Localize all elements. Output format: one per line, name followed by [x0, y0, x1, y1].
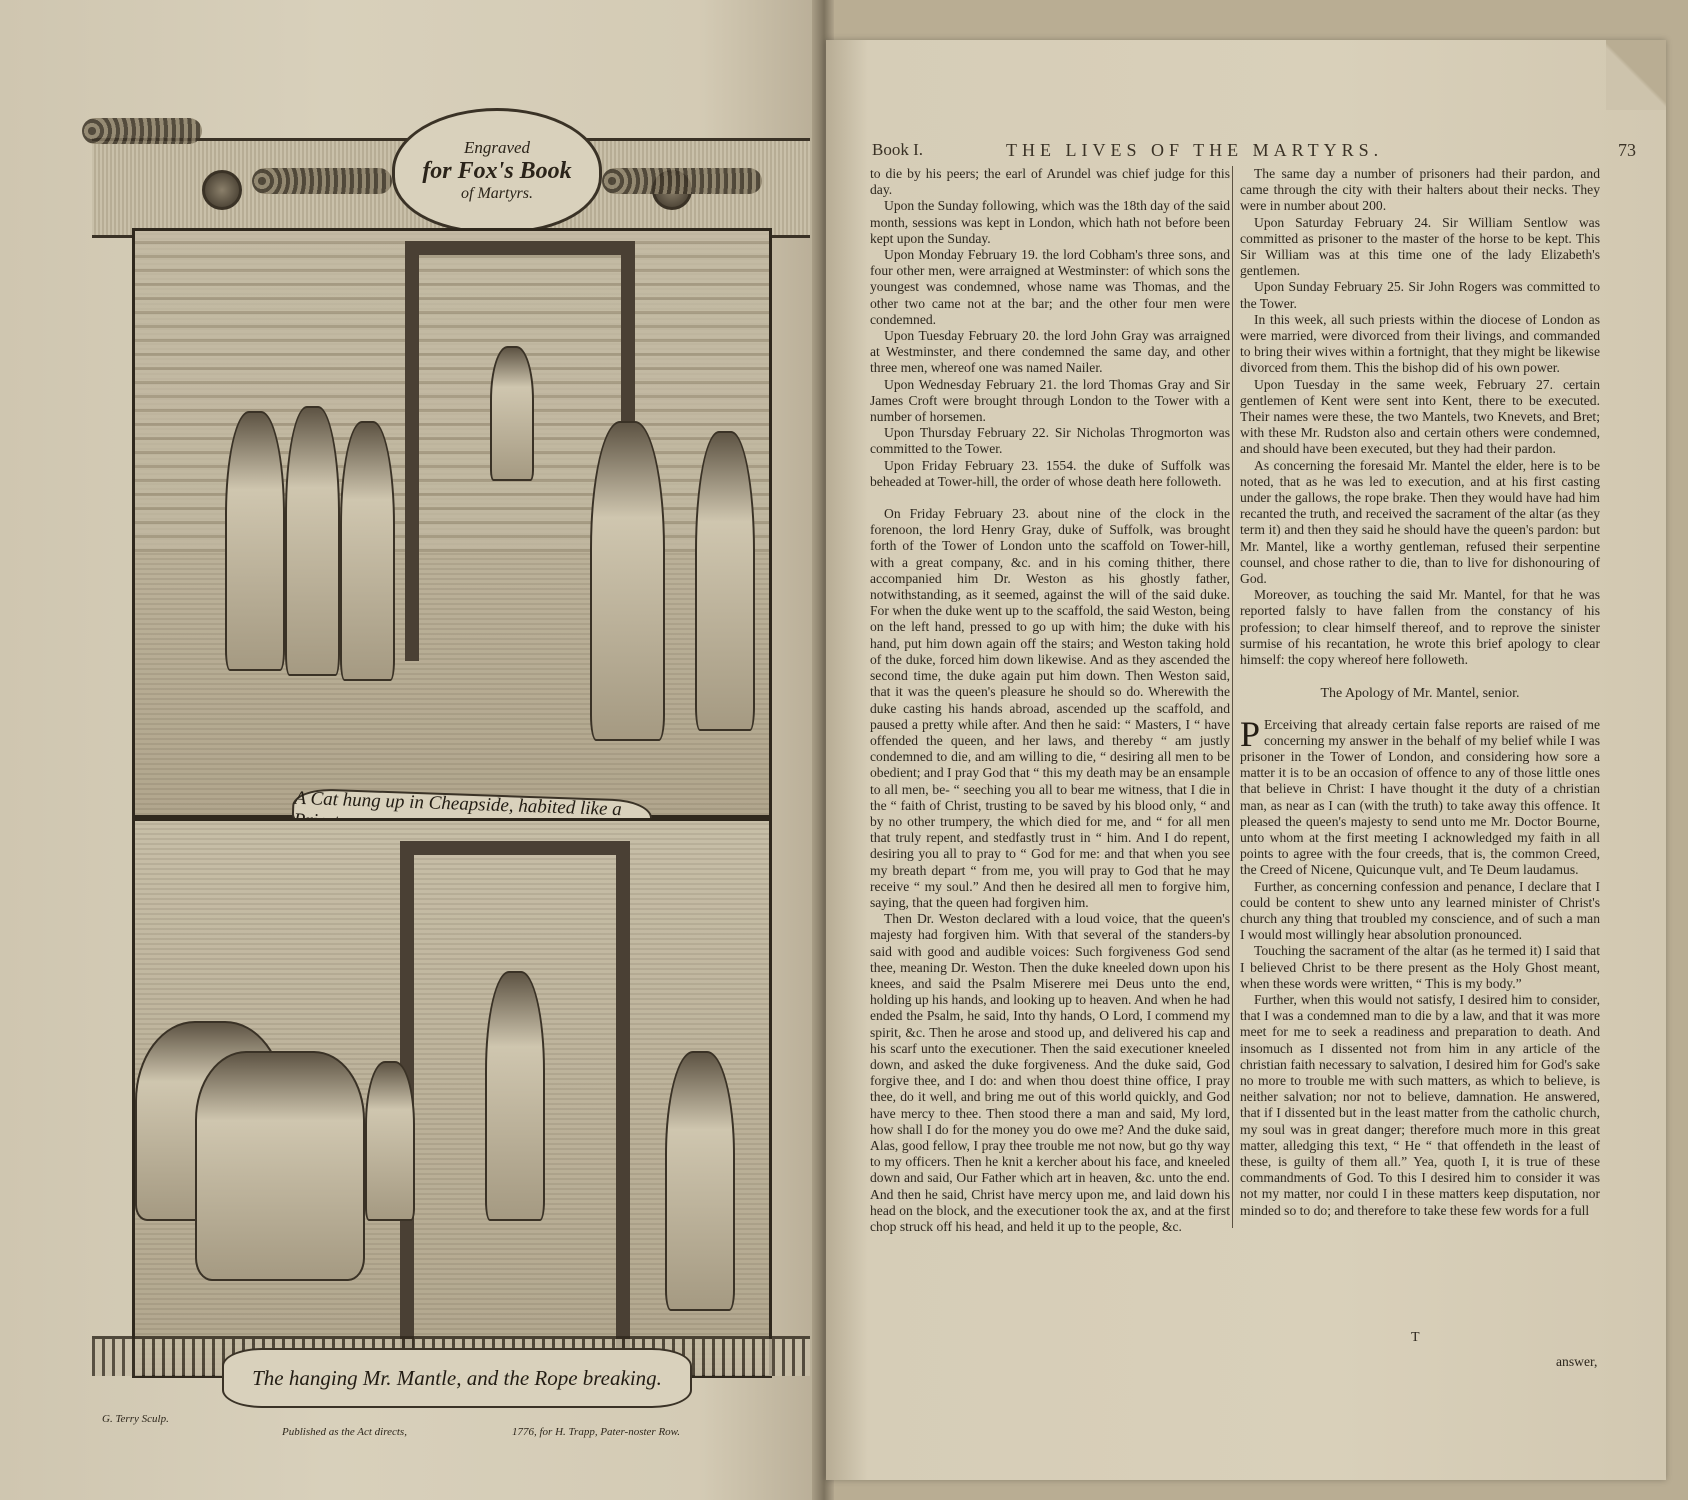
paragraph: Then Dr. Weston declared with a loud voi…: [870, 911, 1230, 1235]
paragraph: Upon Tuesday in the same week, February …: [1240, 377, 1600, 458]
running-title: THE LIVES OF THE MARTYRS.: [1006, 140, 1383, 161]
text-column-left: to die by his peers; the earl of Arundel…: [870, 166, 1230, 1235]
page-number: 73: [1618, 140, 1636, 161]
onlooker-figure: [285, 406, 340, 676]
paragraph: Upon Friday February 23. 1554. the duke …: [870, 458, 1230, 490]
drop-cap: P: [1240, 719, 1260, 749]
paragraph: Upon Tuesday February 20. the lord John …: [870, 328, 1230, 377]
left-page-engraving: Engraved for Fox's Book of Martyrs. A Ca…: [0, 0, 822, 1500]
paragraph: Upon the Sunday following, which was the…: [870, 198, 1230, 247]
mantle-figure: [485, 971, 545, 1221]
title-cartouche: Engraved for Fox's Book of Martyrs.: [392, 108, 602, 233]
caption-bottom-text: The hanging Mr. Mantle, and the Rope bre…: [252, 1366, 662, 1391]
column-rule: [1232, 166, 1233, 1228]
horse-and-guard-figure: [665, 1051, 735, 1311]
paragraph: Upon Monday February 19. the lord Cobham…: [870, 247, 1230, 328]
paragraph: Touching the sacrament of the altar (as …: [1240, 943, 1600, 992]
text-column-right: The same day a number of prisoners had t…: [1240, 166, 1600, 1219]
catchword: answer,: [1556, 1354, 1597, 1370]
monk-figure: [590, 421, 665, 741]
paragraph: Upon Sunday February 25. Sir John Rogers…: [1240, 279, 1600, 311]
engraved-plate: Engraved for Fox's Book of Martyrs. A Ca…: [92, 108, 810, 1448]
horse-and-rider-figure: [195, 1051, 365, 1281]
engraving-top-scene: [132, 228, 772, 818]
engraver-credit: G. Terry Sculp.: [102, 1413, 169, 1425]
paragraph: Moreover, as touching the said Mr. Mante…: [1240, 587, 1600, 668]
paragraph: Upon Thursday February 22. Sir Nicholas …: [870, 425, 1230, 457]
section-heading: The Apology of Mr. Mantel, senior.: [1240, 686, 1600, 702]
book-number: Book I.: [872, 140, 923, 160]
hanged-cat-figure: [490, 346, 534, 481]
paragraph: to die by his peers; the earl of Arundel…: [870, 166, 1230, 198]
guard-figure: [365, 1061, 415, 1221]
onlooker-figure: [225, 411, 285, 671]
engraving-bottom-scene: [132, 818, 772, 1378]
paragraph: In this week, all such priests within th…: [1240, 312, 1600, 377]
rosette-ornament-icon: [202, 170, 242, 210]
caption-banner-bottom: The hanging Mr. Mantle, and the Rope bre…: [222, 1348, 692, 1408]
signature-mark: T: [1411, 1330, 1420, 1346]
paragraph: Further, as concerning confession and pe…: [1240, 879, 1600, 944]
paragraph: As concerning the foresaid Mr. Mantel th…: [1240, 458, 1600, 588]
cartouche-line-3: of Martyrs.: [461, 185, 533, 203]
paragraph: Further, when this would not satisfy, I …: [1240, 992, 1600, 1219]
paragraph: On Friday February 23. about nine of the…: [870, 506, 1230, 911]
onlooker-figure: [340, 421, 395, 681]
book-spread: Engraved for Fox's Book of Martyrs. A Ca…: [0, 0, 1688, 1500]
cartouche-line-1: Engraved: [464, 138, 530, 158]
published-line: Published as the Act directs,: [282, 1426, 407, 1438]
publisher-line: 1776, for H. Trapp, Pater-noster Row.: [512, 1426, 680, 1438]
folded-corner: [1606, 40, 1666, 110]
right-page-text: Book I. THE LIVES OF THE MARTYRS. 73 to …: [826, 40, 1666, 1480]
paragraph: Upon Saturday February 24. Sir William S…: [1240, 215, 1600, 280]
paragraph-text: Erceiving that already certain false rep…: [1240, 717, 1600, 878]
cartouche-line-2: for Fox's Book: [422, 158, 571, 185]
paragraph-with-dropcap: PErceiving that already certain false re…: [1240, 717, 1600, 879]
paragraph: The same day a number of prisoners had t…: [1240, 166, 1600, 215]
friar-figure: [695, 431, 755, 731]
paragraph: Upon Wednesday February 21. the lord Tho…: [870, 377, 1230, 426]
floral-garland-ornament: [82, 118, 202, 144]
floral-garland-ornament: [252, 168, 392, 194]
floral-garland-ornament: [602, 168, 762, 194]
